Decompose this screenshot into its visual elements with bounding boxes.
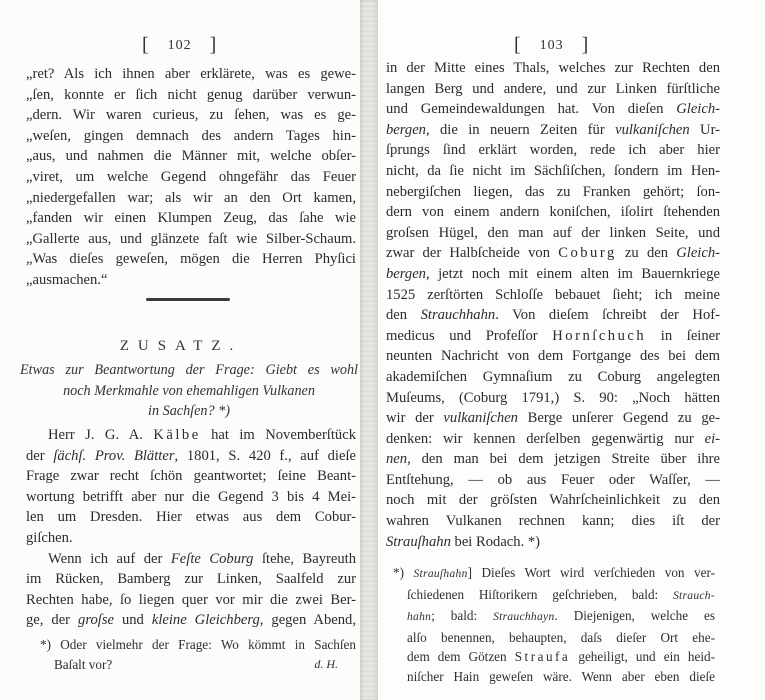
bracket-close: ]: [210, 34, 218, 56]
text-line: und Gemeindewaldungen hat. Von dieſen Gl…: [386, 99, 720, 120]
footnote-line: alſo benennen, behaupten, daſs dieſer Or…: [393, 628, 715, 648]
page-edge: [361, 0, 362, 700]
text-line: Frage zwar recht ſchön geantwortet; ſein…: [26, 466, 356, 487]
bracket-open: [: [514, 34, 522, 56]
text-line: nen, den man bei dem jetzigen Streite üb…: [386, 449, 720, 470]
text-line: „aus, und nahmen die Männer mit, welche …: [26, 146, 356, 167]
text-line: akademiſchen Gymnaſium zu Coburg angeleg…: [386, 367, 720, 388]
section-divider-rule: [146, 298, 230, 301]
subtitle-line: Etwas zur Beantwortung der Frage: Giebt …: [20, 360, 358, 381]
text-line: medicus und Profeſſor Hornſchuch in ſein…: [386, 326, 720, 347]
text-line: Herr J. G. A. Kälbe hat im Novemberſtück: [26, 425, 356, 446]
text-line: „viret, um welche Gegend ohngefähr das F…: [26, 167, 356, 188]
footnote-line: niſcher Hain geweſen wäre. Wenn aber ebe…: [393, 667, 715, 687]
text-line: „ausmachen.“: [26, 270, 356, 291]
text-line: „ſen, konnte er ſich nicht genug darüber…: [26, 85, 356, 106]
section-heading: ZUSATZ.: [0, 338, 362, 355]
text-line: 1525 zerſtörten Schloſſe bebauet ſieht; …: [386, 285, 720, 306]
subtitle-line: noch Merkmahle von ehemahligen Vulkanen: [20, 381, 358, 402]
text-line: „fanden wir einen Klumpen Zeug, das ſahe…: [26, 208, 356, 229]
book-spread: [102] „ret? Als ich ihnen aber erklärete…: [0, 0, 765, 700]
text-line: Muſeums, (Coburg 1791,) S. 90: „Noch hät…: [386, 388, 720, 409]
footnote-left: *) Oder vielmehr der Frage: Wo kömmt in …: [40, 635, 356, 674]
bracket-open: [: [142, 34, 150, 56]
footnote-signature: d. H.: [314, 655, 338, 675]
text-line: wortung betrifft aber nur die Gegend 3 b…: [26, 487, 356, 508]
book-gutter: [360, 0, 378, 700]
bracket-close: ]: [582, 34, 590, 56]
footnote-line: dem dem Götzen Straufa geheiligt, und ei…: [393, 647, 715, 667]
text-line: nicht, da ſie nicht im Sächſiſchen, ſond…: [386, 161, 720, 182]
text-line: Entſtehung, — ob aus Feuer oder Waſſer, …: [386, 470, 720, 491]
text-line: den Strauchhahn. Von dieſem ſchreibt der…: [386, 305, 720, 326]
text-line: der ſächſ. Prov. Blätter, 1801, S. 420 f…: [26, 446, 356, 467]
text-line: langen Berg und andere, und zur Linken f…: [386, 79, 720, 100]
footnote-line: Baſalt vor?: [40, 655, 356, 675]
text-line: „Was dieſes geweſen, mögen die Herren Ph…: [26, 249, 356, 270]
text-line: Strauſhahn bei Rodach. *): [386, 532, 720, 553]
text-line: wahren Vulkanen rechnen kann; dies iſt d…: [386, 511, 720, 532]
text-line: Wenn ich auf der Feſte Coburg ſtehe, Bay…: [26, 549, 356, 570]
text-line: giſchen.: [26, 528, 356, 549]
right-page-body: in der Mitte eines Thals, welches zur Re…: [386, 58, 720, 552]
text-line: zwar der Halbſcheide von Coburg zu den G…: [386, 243, 720, 264]
subtitle-line: in Sachſen? *): [20, 401, 358, 422]
footnote-line: ſchiedenen Hiſtorikern geſchrieben, bald…: [393, 585, 715, 607]
text-line: Rechten habe, ſo liegen quer vor mir die…: [26, 590, 356, 611]
text-line: im Rücken, Bamberg zur Linken, Saalfeld …: [26, 569, 356, 590]
page-number-right: [103]: [514, 34, 589, 57]
text-line: ge, der groſse und kleine Gleichberg, ge…: [26, 610, 356, 631]
text-line: noch mit der gröſsten Wahrſcheinlichkeit…: [386, 490, 720, 511]
text-line: groſsen Hügel, den man auf der linken Se…: [386, 223, 720, 244]
text-line: nebergiſchen liegen, das zu Franken gehö…: [386, 182, 720, 203]
text-line: bergen, die in neuern Zeiten für vulkani…: [386, 120, 720, 141]
text-line: „Gallerte aus, und glänzete faſt wie Sil…: [26, 229, 356, 250]
text-line: dern von einem andern koniſchen, iſolirt…: [386, 202, 720, 223]
text-line: in der Mitte eines Thals, welches zur Re…: [386, 58, 720, 79]
footnote-line: *) Strauſhahn] Dieſes Wort wird verſchie…: [393, 563, 715, 585]
text-line: len um Dresden. Hier etwas aus dem Cobur…: [26, 507, 356, 528]
text-line: bergen, jetzt noch mit einem alten im Ba…: [386, 264, 720, 285]
text-line: wir der vulkaniſchen Berge unſerer Gegen…: [386, 408, 720, 429]
publication-title: ſächſ. Prov. Blätter: [53, 448, 174, 464]
text-line: neunten Nachricht von dem Fortgange des …: [386, 346, 720, 367]
text-line: „ret? Als ich ihnen aber erklärete, was …: [26, 64, 356, 85]
text-line: „weſen, gingen demnach des andern Tages …: [26, 126, 356, 147]
page-number-value: 102: [168, 38, 192, 53]
author-name: Kälbe: [153, 427, 200, 443]
text-line: denken: wir kennen derſelben gegenwärtig…: [386, 429, 720, 450]
right-page: [103] in der Mitte eines Thals, welches …: [378, 0, 765, 700]
quoted-passage: „ret? Als ich ihnen aber erklärete, was …: [26, 64, 356, 291]
text-line: ſprungs ſind erklärt worden, rede ich ab…: [386, 140, 720, 161]
section-subtitle: Etwas zur Beantwortung der Frage: Giebt …: [20, 360, 358, 422]
page-number-left: [102]: [142, 34, 217, 57]
text-line: „dern. Wir waren curieus, zu ſehen, was …: [26, 105, 356, 126]
section-body: Herr J. G. A. Kälbe hat im Novemberſtück…: [26, 425, 356, 631]
footnote-line: hahn; bald: Strauchhayn. Diejenigen, wel…: [393, 606, 715, 628]
footnote-right: *) Strauſhahn] Dieſes Wort wird verſchie…: [393, 563, 715, 686]
text-line: „niedergefallen war; als wir an den Ort …: [26, 188, 356, 209]
footnote-line: *) Oder vielmehr der Frage: Wo kömmt in …: [40, 635, 356, 655]
page-number-value: 103: [540, 38, 564, 53]
left-page: [102] „ret? Als ich ihnen aber erklärete…: [0, 0, 362, 700]
